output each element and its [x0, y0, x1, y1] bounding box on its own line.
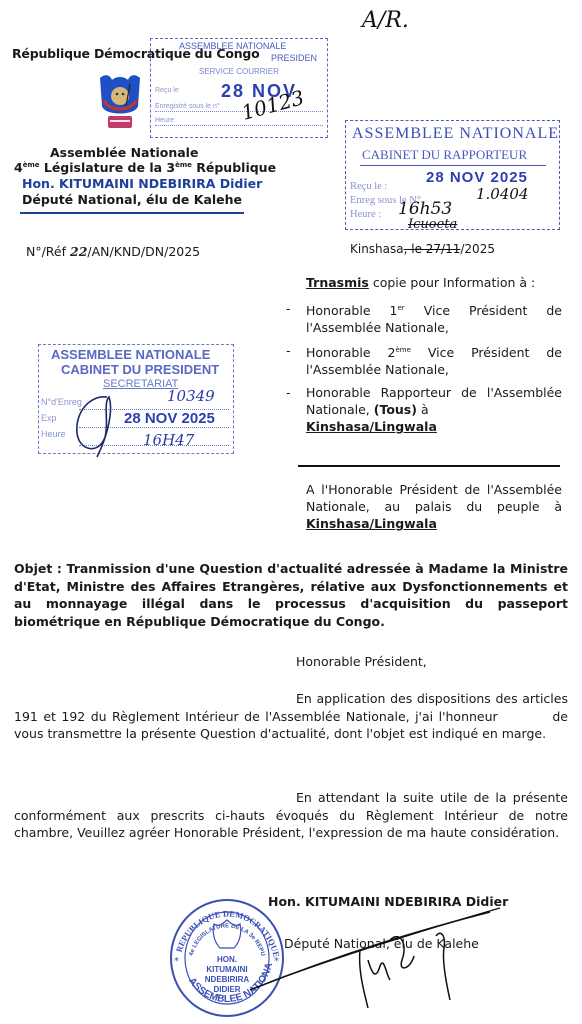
header-deputy-title: Député National, élu de Kalehe	[22, 192, 242, 207]
rapporteur-stamp: ASSEMBLEE NATIONALE CABINET DU RAPPORTEU…	[345, 120, 560, 230]
stamp-date: 28 NOV 2025	[124, 410, 215, 427]
stamp-enreg-number: 10349	[167, 387, 215, 405]
handwritten-signature-icon	[240, 900, 540, 1010]
svg-text:HON.: HON.	[217, 955, 237, 964]
distribution-intro: Trnasmis copie pour Information à :	[306, 274, 562, 291]
stamp-line-1: ASSEMBLEE NATIONALE	[51, 347, 210, 362]
stamp-line-2: CABINET DU RAPPORTEUR	[362, 147, 527, 163]
addressee: A l'Honorable Président de l'Assemblée N…	[306, 481, 562, 532]
reference-number: N°/Réf 22/AN/KND/DN/2025	[26, 244, 200, 259]
city-date: Kinshasa, le 27/11/2025	[350, 242, 495, 256]
stamp-enreg-number: 1.0404	[476, 185, 529, 203]
handwritten-initial-icon	[69, 393, 119, 459]
stamp-line-1: ASSEMBLEE NATIONALE	[352, 125, 559, 143]
body-paragraph-1: En application des dispositions des arti…	[14, 690, 568, 743]
stamp-label: Enregistré sous le n°	[155, 103, 220, 110]
stamp-label-exp: Exp	[41, 413, 57, 423]
stamp-line-2: PRESIDEN	[271, 53, 317, 63]
header-legislature: 4ème Législature de la 3ème République	[14, 160, 276, 175]
stamp-line-2: CABINET DU PRESIDENT	[61, 362, 219, 377]
stamp-time: 16H47	[143, 431, 194, 449]
body-paragraph-2: En attendant la suite utile de la présen…	[14, 789, 568, 842]
stamp-date: 28 NOV 2025	[426, 169, 528, 186]
distribution-divider	[298, 465, 560, 467]
header-country: République Démocratique du Congo	[12, 46, 260, 61]
svg-text:DIDIER: DIDIER	[213, 985, 240, 994]
header-assembly: Assemblée Nationale	[50, 145, 198, 160]
salutation: Honorable Président,	[296, 654, 427, 669]
stamp-label-heure: Heure	[41, 429, 66, 439]
distribution-item: Honorable 2ème Vice Président de l'Assem…	[306, 342, 562, 378]
letter-subject: Objet : Tranmission d'une Question d'act…	[14, 560, 568, 630]
handwritten-note: A/R.	[362, 8, 409, 33]
president-secretariat-stamp: ASSEMBLEE NATIONALE CABINET DU PRESIDENT…	[38, 344, 234, 454]
stamp-line-3: SERVICE COURRIER	[199, 67, 279, 76]
header-divider	[20, 212, 244, 214]
stamp-label: Reçu le	[155, 87, 179, 94]
distribution-item: Honorable 1er Vice Président de l'Assemb…	[306, 300, 562, 336]
stamp-time: 16h53	[398, 199, 452, 219]
svg-text:*: *	[174, 956, 179, 967]
stamp-label-recu: Reçu le :	[350, 181, 387, 192]
stamp-label: Heure	[155, 117, 174, 124]
stamp-initials: Icuoeta	[408, 217, 457, 232]
header-honorable-name: Hon. KITUMAINI NDEBIRIRA Didier	[22, 176, 262, 191]
coat-of-arms-icon	[96, 72, 144, 132]
distribution-list: Honorable 1er Vice Président de l'Assemb…	[306, 300, 562, 441]
distribution-item: Honorable Rapporteur de l'Assemblée Nati…	[306, 384, 562, 435]
stamp-label-heure: Heure :	[350, 209, 381, 220]
